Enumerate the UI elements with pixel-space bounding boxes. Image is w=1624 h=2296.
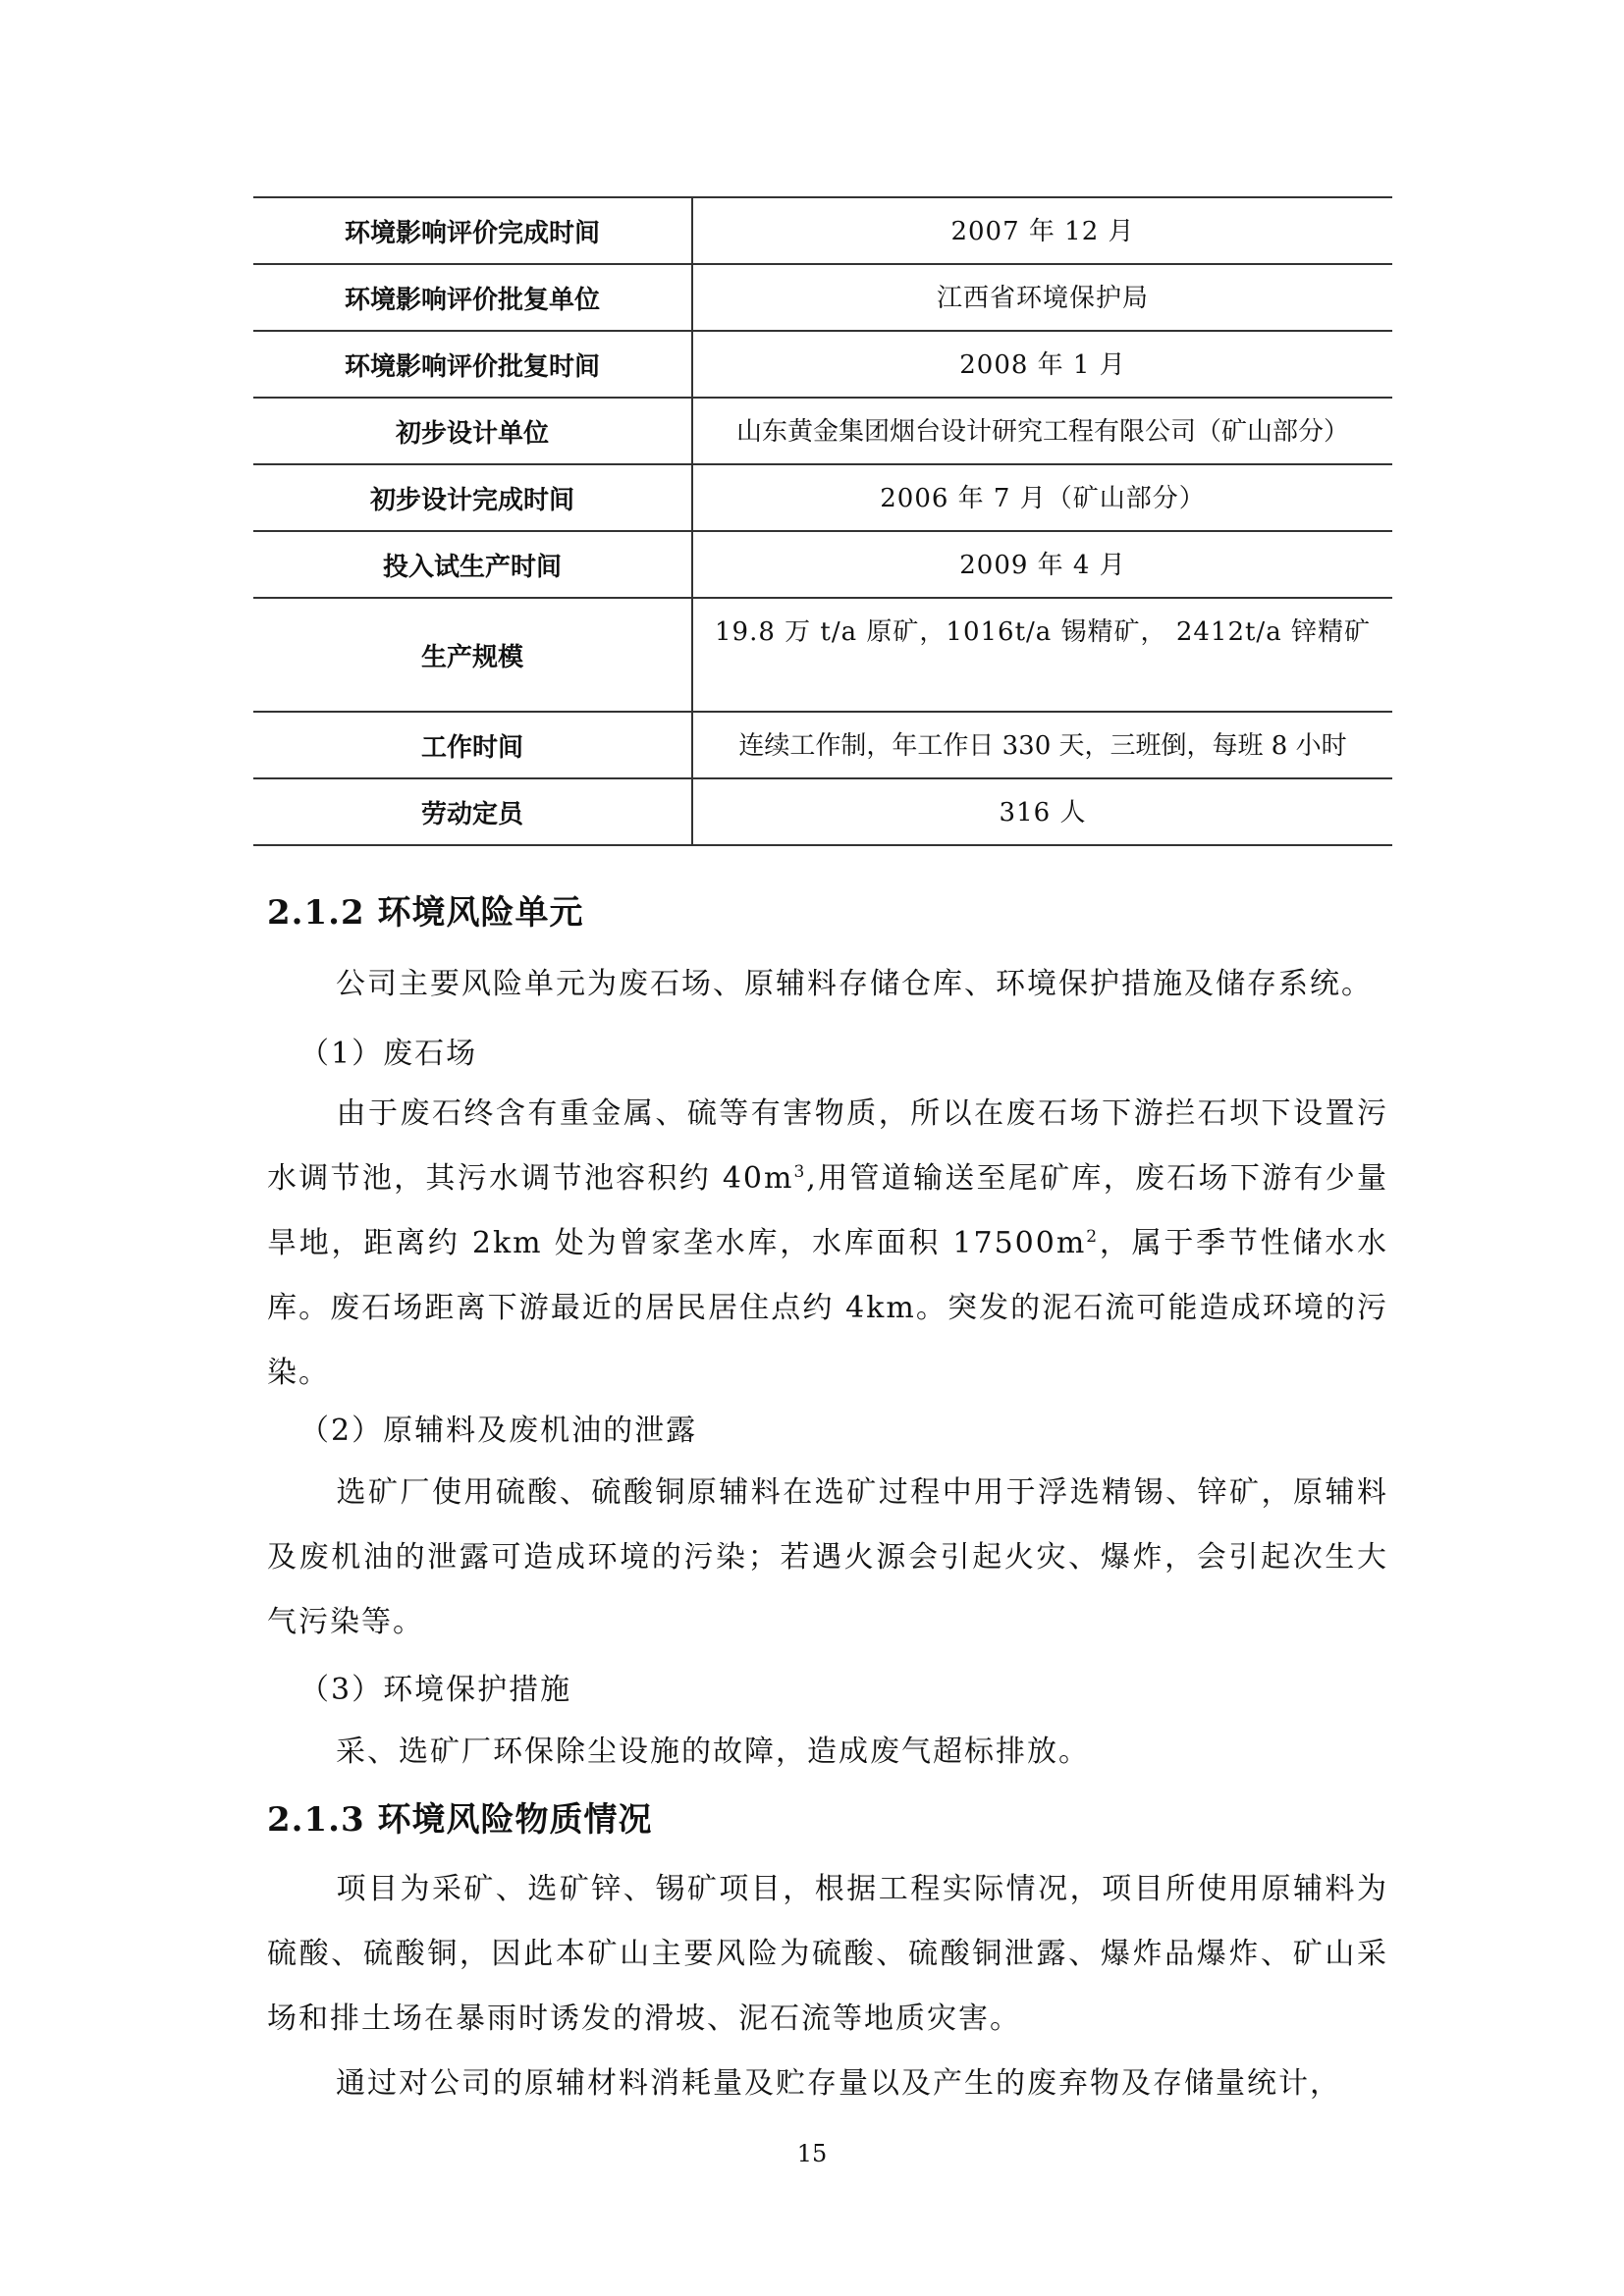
document-page: 环境影响评价完成时间 2007 年 12 月 环境影响评价批复单位 江西省环境保… (0, 0, 1624, 2296)
table-row: 初步设计完成时间 2006 年 7 月（矿山部分） (253, 464, 1392, 531)
paragraph: 选矿厂使用硫酸、硫酸铜原辅料在选矿过程中用于浮选精锡、锌矿，原辅料及废机油的泄露… (267, 1461, 1388, 1655)
row-value: 2008 年 1 月 (692, 331, 1392, 398)
table-row: 生产规模 19.8 万 t/a 原矿，1016t/a 锡精矿， 2412t/a … (253, 598, 1392, 712)
paragraph-text: 公司主要风险单元为废石场、原辅料存储仓库、环境保护措施及储存系统。 (336, 967, 1373, 1001)
row-value: 2009 年 4 月 (692, 531, 1392, 598)
table-row: 工作时间 连续工作制，年工作日 330 天，三班倒，每班 8 小时 (253, 712, 1392, 778)
row-value: 19.8 万 t/a 原矿，1016t/a 锡精矿， 2412t/a 锌精矿 (692, 598, 1392, 712)
subheading-waste-rock-yard: （1）废石场 (299, 1029, 477, 1072)
section-heading-2-1-3: 2.1.3 环境风险物质情况 (267, 1792, 652, 1841)
project-info-table: 环境影响评价完成时间 2007 年 12 月 环境影响评价批复单位 江西省环境保… (253, 196, 1392, 846)
row-label: 初步设计完成时间 (253, 464, 692, 531)
paragraph-text: 选矿厂使用硫酸、硫酸铜原辅料在选矿过程中用于浮选精锡、锌矿，原辅料及废机油的泄露… (267, 1475, 1388, 1639)
paragraph: 项目为采矿、选矿锌、锡矿项目，根据工程实际情况，项目所使用原辅料为硫酸、硫酸铜，… (267, 1857, 1388, 2052)
row-value: 江西省环境保护局 (692, 264, 1392, 331)
table-row: 劳动定员 316 人 (253, 778, 1392, 845)
row-label: 环境影响评价批复时间 (253, 331, 692, 398)
paragraph: 公司主要风险单元为废石场、原辅料存储仓库、环境保护措施及储存系统。 (267, 952, 1388, 1017)
row-label: 生产规模 (253, 598, 692, 712)
subheading-env-protection: （3）环境保护措施 (299, 1665, 571, 1708)
paragraph: 通过对公司的原辅材料消耗量及贮存量以及产生的废弃物及存储量统计， (267, 2052, 1388, 2116)
superscript: 3 (793, 1162, 806, 1182)
row-value: 2006 年 7 月（矿山部分） (692, 464, 1392, 531)
table-row: 投入试生产时间 2009 年 4 月 (253, 531, 1392, 598)
row-label: 环境影响评价完成时间 (253, 197, 692, 264)
paragraph-text: 项目为采矿、选矿锌、锡矿项目，根据工程实际情况，项目所使用原辅料为硫酸、硫酸铜，… (267, 1872, 1388, 2036)
row-label: 初步设计单位 (253, 398, 692, 464)
paragraph-text: 通过对公司的原辅材料消耗量及贮存量以及产生的废弃物及存储量统计， (336, 2066, 1341, 2101)
row-value: 山东黄金集团烟台设计研究工程有限公司（矿山部分） (692, 398, 1392, 464)
paragraph: 采、选矿厂环保除尘设施的故障，造成废气超标排放。 (267, 1720, 1388, 1785)
paragraph: 由于废石终含有重金属、硫等有害物质，所以在废石场下游拦石坝下设置污水调节池，其污… (267, 1082, 1388, 1406)
row-value: 2007 年 12 月 (692, 197, 1392, 264)
table-row: 环境影响评价完成时间 2007 年 12 月 (253, 197, 1392, 264)
superscript: 2 (1086, 1227, 1099, 1247)
row-value: 316 人 (692, 778, 1392, 845)
row-label: 环境影响评价批复单位 (253, 264, 692, 331)
row-value: 连续工作制，年工作日 330 天，三班倒，每班 8 小时 (692, 712, 1392, 778)
row-label: 投入试生产时间 (253, 531, 692, 598)
paragraph-text: 采、选矿厂环保除尘设施的故障，造成废气超标排放。 (336, 1735, 1090, 1769)
row-label: 劳动定员 (253, 778, 692, 845)
row-label: 工作时间 (253, 712, 692, 778)
table-row: 初步设计单位 山东黄金集团烟台设计研究工程有限公司（矿山部分） (253, 398, 1392, 464)
subheading-material-leak: （2）原辅料及废机油的泄露 (299, 1406, 697, 1449)
section-heading-2-1-2: 2.1.2 环境风险单元 (267, 885, 583, 934)
table-row: 环境影响评价批复时间 2008 年 1 月 (253, 331, 1392, 398)
table-row: 环境影响评价批复单位 江西省环境保护局 (253, 264, 1392, 331)
page-number: 15 (0, 2140, 1624, 2167)
